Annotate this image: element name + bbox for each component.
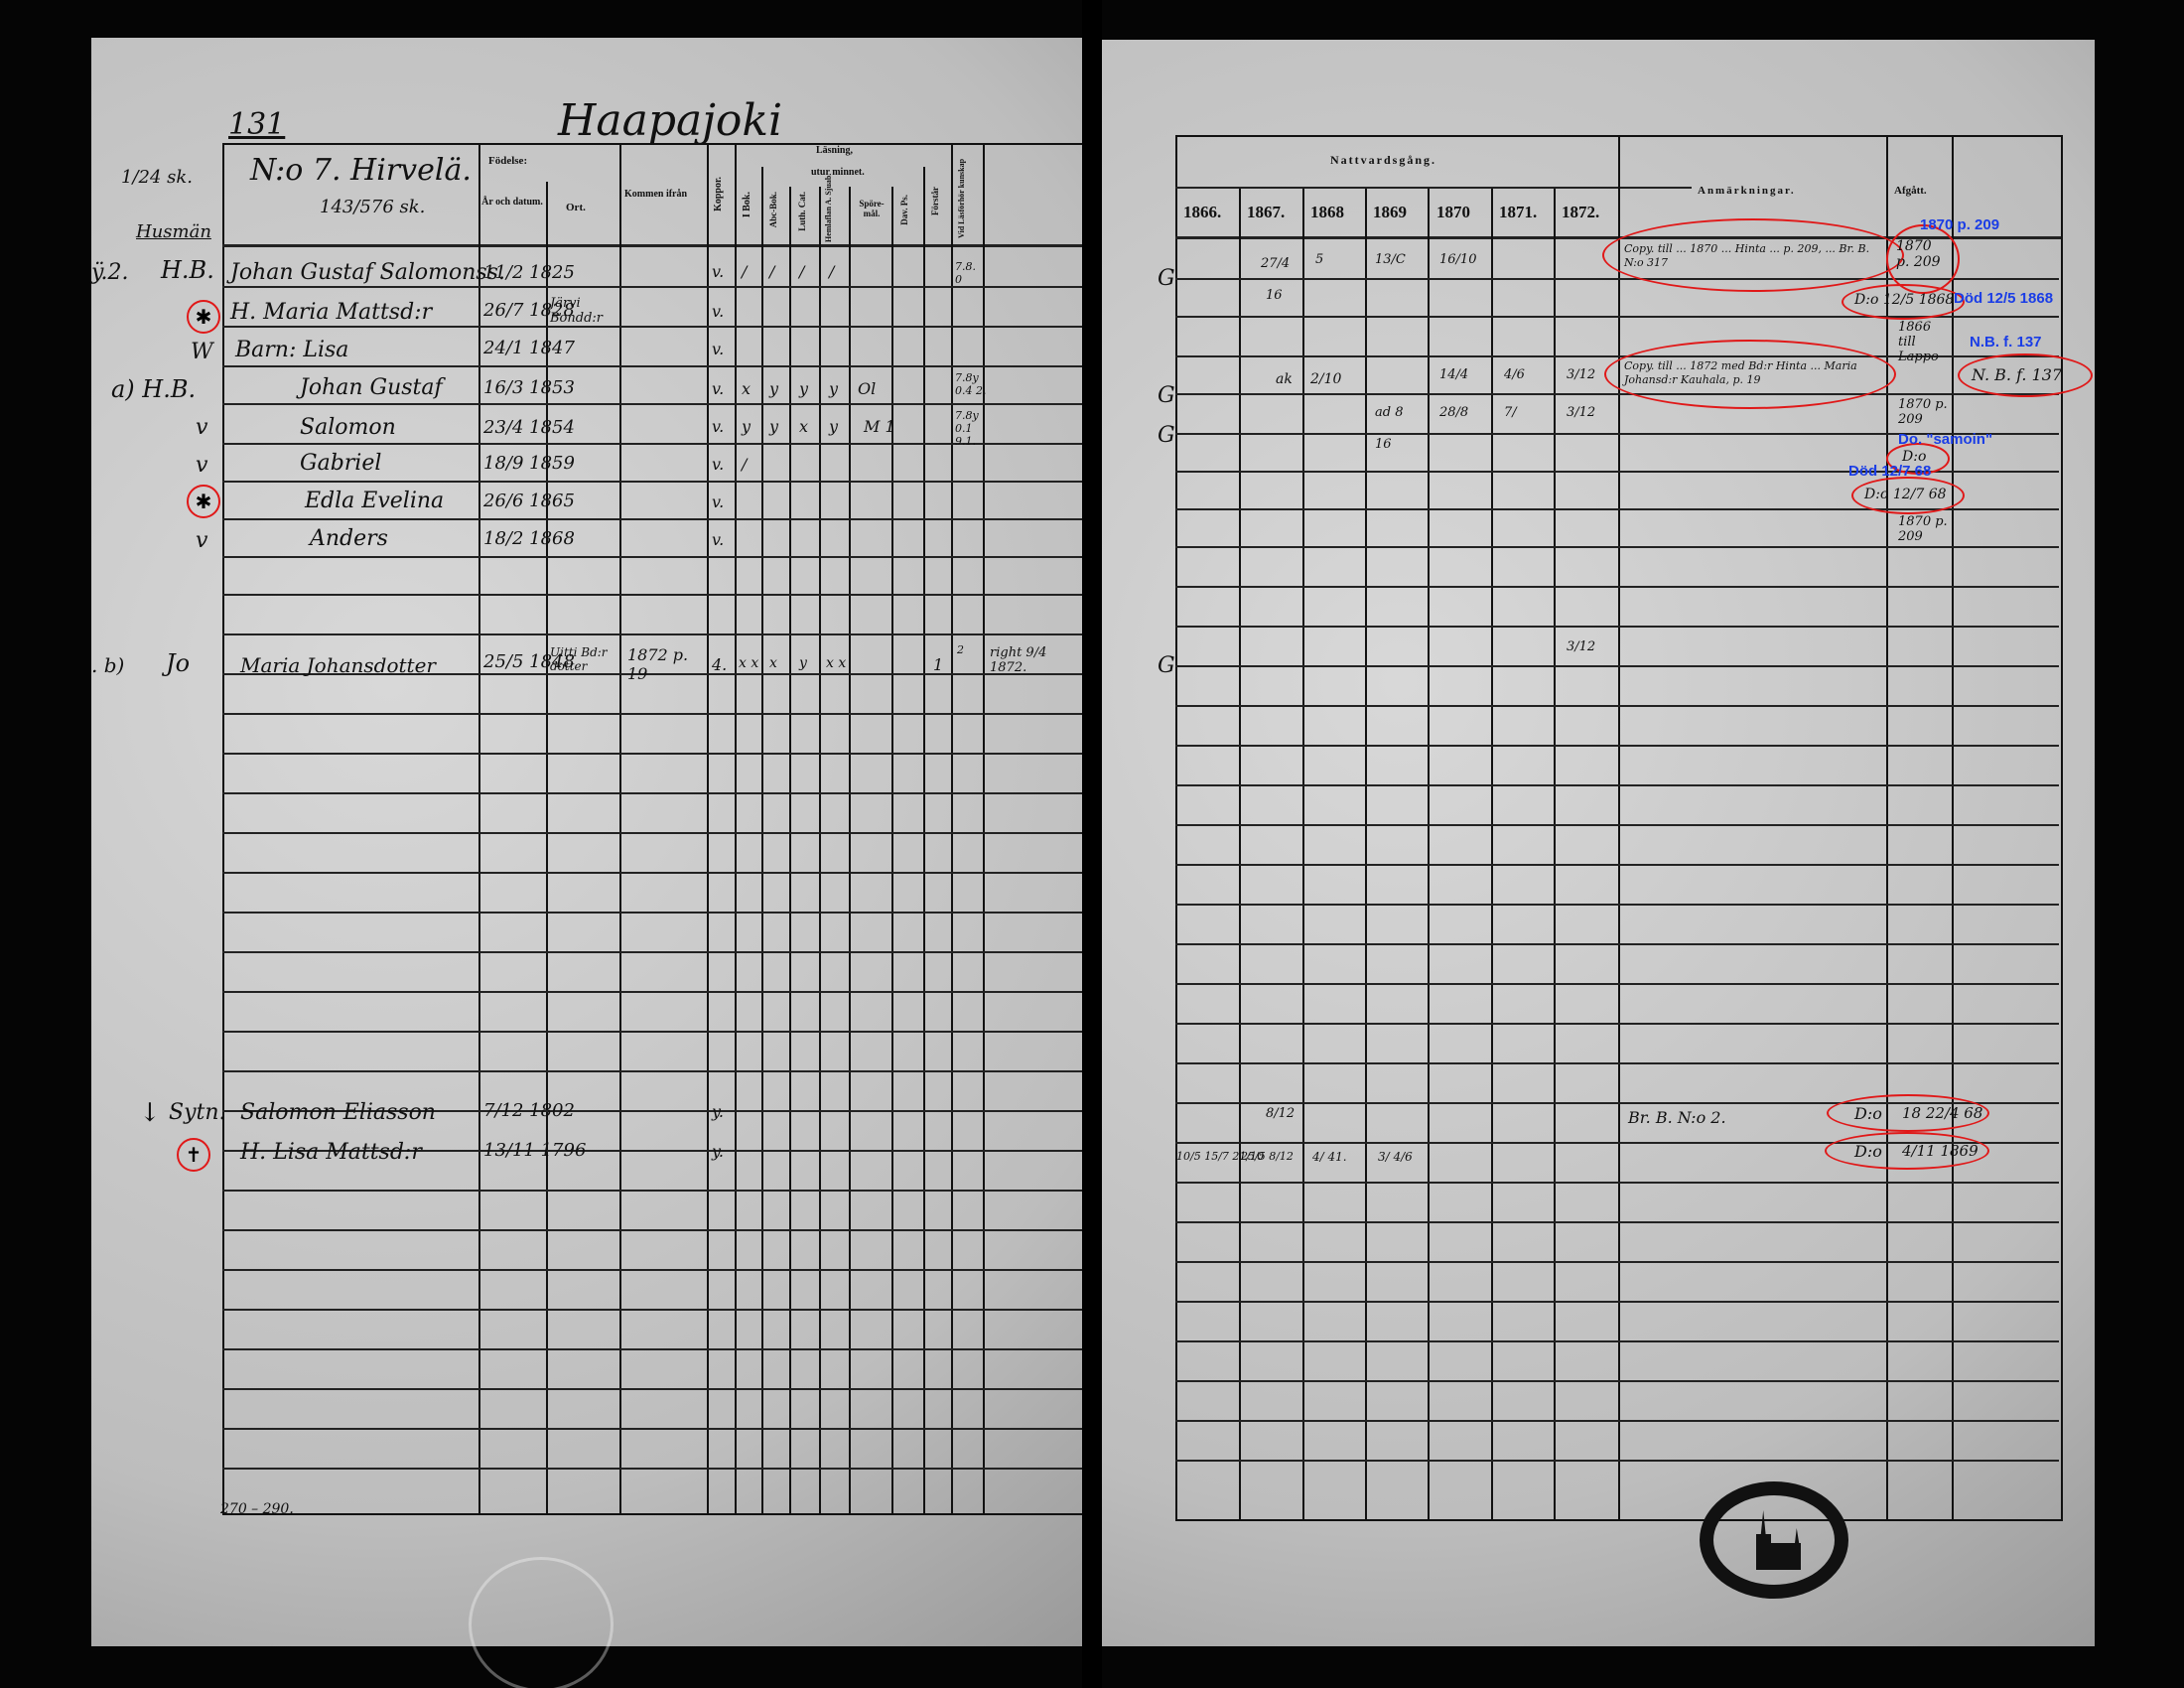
row-line — [222, 1070, 1082, 1072]
row-line — [222, 481, 1082, 483]
communion-entry: 13/C — [1375, 252, 1406, 267]
row-role: H.B. — [161, 256, 214, 284]
row-line — [1175, 983, 2059, 985]
reading-mark: / — [742, 455, 747, 474]
annotation-ellipse — [1851, 477, 1965, 514]
person-name: Salomon Eliasson — [240, 1100, 436, 1125]
vaccination-mark: v. — [712, 262, 724, 281]
annotation-note: N.B. f. 137 — [1970, 334, 2042, 351]
margin-mark: G — [1158, 653, 1175, 678]
row-mark: v — [196, 415, 207, 440]
row-line — [1175, 546, 2059, 548]
communion-entry: 8/12 — [1266, 1106, 1295, 1121]
communion-entry: 3/ 4/6 — [1378, 1150, 1413, 1164]
row-line — [222, 633, 1082, 635]
vaccination-mark: v. — [712, 530, 724, 549]
row-line — [222, 753, 1082, 755]
reading-mark: y — [769, 417, 778, 436]
communion-entry: 27/4 — [1261, 256, 1290, 271]
row-line — [1175, 586, 2059, 588]
vaccination-mark: y. — [712, 1142, 724, 1161]
col-understanding: Förstår — [930, 187, 940, 215]
person-name: Maria Johansdotter — [240, 653, 436, 677]
col-vaccination: Koppor. — [713, 177, 724, 211]
annotation-note: Död 12/7 68 — [1848, 463, 1931, 480]
row-line — [222, 713, 1082, 715]
col-line — [789, 187, 791, 1513]
row-line — [222, 1031, 1082, 1033]
questions-mark: M 1 — [864, 417, 895, 436]
birth-date: 24/1 1847 — [483, 338, 575, 358]
faded-stamp — [469, 1557, 614, 1688]
row-line — [1175, 1182, 2059, 1184]
tax-fraction: 143/576 sk. — [320, 197, 425, 217]
row-line — [222, 1348, 1082, 1350]
vaccination-mark: v. — [712, 379, 724, 398]
birth-date: 26/6 1865 — [483, 491, 575, 511]
came-from: 1872 p. 19 — [627, 645, 697, 683]
annotation-ellipse — [1604, 340, 1896, 409]
row-line — [222, 832, 1082, 834]
book-spine — [1082, 0, 1102, 1688]
village-title: Haapajoki — [558, 95, 782, 146]
col-line — [1302, 189, 1304, 1519]
annotation-note: Do. "samoin" — [1898, 431, 1992, 448]
communion-entry: 25/5 8/12 — [1241, 1150, 1294, 1163]
row-line — [222, 1190, 1082, 1192]
birth-date: 16/3 1853 — [483, 377, 575, 398]
col-line — [1886, 135, 1888, 1519]
row-line — [222, 1388, 1082, 1390]
birth-date: 18/9 1859 — [483, 453, 575, 474]
year-1867: 1867. — [1247, 203, 1285, 222]
col-line — [1491, 189, 1493, 1519]
remark-text: Br. B. N:o 2. — [1628, 1108, 1726, 1127]
row-line — [1175, 745, 2059, 747]
vaccination-mark: v. — [712, 455, 724, 474]
row-line — [222, 518, 1082, 520]
annotation-ellipse — [1827, 1094, 1989, 1132]
communion-entry: 16 — [1375, 437, 1392, 452]
footer-note: 270 – 290. — [220, 1501, 294, 1517]
reading-mark: y — [829, 379, 838, 398]
row-line — [1175, 393, 2059, 395]
row-line — [1175, 1261, 2059, 1263]
vaccination-mark: y. — [712, 1102, 724, 1121]
row-mark: ÿ.2. — [91, 260, 129, 285]
left-page: 131 Haapajoki 1/24 sk. Husmän N:o 7. Hir… — [91, 38, 1082, 1646]
vaccination-mark: 4. — [712, 655, 727, 674]
communion-entry: 28/8 — [1439, 405, 1468, 420]
person-name: Gabriel — [300, 451, 381, 476]
row-mark: a) H.B. — [111, 375, 196, 403]
communion-entry: 4/ 41. — [1312, 1150, 1347, 1164]
col-birth-year: År och datum. — [481, 197, 543, 208]
col-line — [1618, 135, 1620, 1519]
annotation-ellipse — [1602, 218, 1904, 292]
communion-entry: 4/6 — [1504, 367, 1525, 382]
row-line — [222, 872, 1082, 874]
row-role: Sytn. — [169, 1100, 226, 1125]
col-line — [1365, 189, 1367, 1519]
communion-entry: ad 8 — [1375, 405, 1403, 420]
row-line — [1175, 864, 2059, 866]
col-birth-place: Ort. — [566, 202, 586, 213]
col-communion-group: Nattvardsgång. — [1330, 153, 1436, 168]
communion-entry: 2/10 — [1310, 371, 1341, 387]
understands-mark: 1 — [933, 655, 943, 674]
church-icon — [1744, 1510, 1804, 1570]
birth-date: 18/2 1868 — [483, 528, 575, 549]
col-line — [1554, 189, 1556, 1519]
knowledge-note: 7.8y 0.1 9.1. — [955, 409, 985, 448]
col-line — [761, 167, 763, 1513]
reading-mark: / — [829, 262, 834, 281]
row-line — [1175, 824, 2059, 826]
col-line — [849, 187, 851, 1513]
row-line — [1175, 904, 2059, 906]
reading-mark: y — [799, 655, 807, 671]
margin-fraction: 1/24 sk. — [121, 167, 193, 188]
row-line — [1175, 943, 2059, 945]
communion-entry: 5 — [1315, 252, 1323, 267]
birth-date: 23/4 1854 — [483, 417, 575, 438]
side-note: right 9/4 1872. — [990, 645, 1069, 675]
col-line — [478, 143, 480, 1513]
communion-entry: 3/12 — [1567, 405, 1595, 420]
communion-entry: 16/10 — [1439, 252, 1476, 267]
reading-mark: / — [769, 262, 774, 281]
row-mark: . b) — [91, 653, 124, 677]
reading-mark: x x — [739, 655, 758, 671]
row-line — [222, 556, 1082, 558]
col-line — [1428, 189, 1430, 1519]
row-line — [222, 1468, 1082, 1470]
col-by-heart: utur minnet. — [811, 167, 865, 178]
annotation-note: 1870 p. 209 — [1920, 216, 1999, 233]
knowledge-note: 7.8. 0 — [955, 260, 983, 286]
col-questions: Spöre-mål. — [854, 199, 889, 218]
col-communion-knowledge: Vid Läsförhör kunskap — [957, 149, 966, 238]
row-line — [222, 991, 1082, 993]
cross-icon: ✝ — [177, 1138, 210, 1172]
vaccination-mark: v. — [712, 302, 724, 321]
reading-mark: / — [799, 262, 804, 281]
knowledge-note: 2 — [957, 643, 964, 656]
reading-mark: y — [742, 417, 751, 436]
row-line — [1175, 1062, 2059, 1064]
person-name: H. Lisa Mattsd:r — [240, 1140, 422, 1165]
col-came-from: Kommen ifrån — [624, 189, 687, 200]
communion-entry: 3/12 — [1567, 367, 1595, 382]
col-dav-ps: Dav. Ps. — [899, 195, 909, 225]
col-reading-group: Läsning, — [816, 145, 853, 156]
row-line — [1175, 1340, 2059, 1342]
row-line — [1175, 705, 2059, 707]
departed-entry: 1866 till Lappo — [1898, 320, 1948, 364]
communion-entry: 16 — [1266, 288, 1283, 303]
reading-mark: x x — [826, 655, 846, 671]
reading-mark: y — [829, 417, 838, 436]
header-divider — [222, 244, 1086, 247]
person-name: Johan Gustaf — [300, 375, 443, 400]
annotation-ellipse — [1842, 284, 1965, 320]
birth-date: 7/12 1802 — [483, 1100, 575, 1121]
questions-mark: Ol — [858, 379, 876, 398]
reading-mark: y — [769, 379, 778, 398]
col-line — [1239, 189, 1241, 1519]
annotation-ellipse — [1958, 353, 2093, 397]
birth-place: Järvi Bondd:r — [550, 296, 615, 326]
asterisk-icon: ✱ — [187, 300, 220, 334]
person-name: Barn: Lisa — [235, 338, 348, 362]
vaccination-mark: v. — [712, 340, 724, 358]
person-name: Anders — [310, 526, 388, 551]
header-divider — [1175, 187, 1692, 189]
row-line — [1175, 665, 2059, 667]
household-label: Husmän — [136, 221, 211, 242]
birth-date: 11/2 1825 — [483, 262, 575, 283]
year-1869: 1869 — [1373, 203, 1407, 222]
reading-mark: x — [769, 655, 777, 671]
col-line — [891, 187, 893, 1513]
row-line — [1175, 1023, 2059, 1025]
row-line — [1175, 1221, 2059, 1223]
margin-mark: G — [1158, 266, 1175, 291]
year-1868: 1868 — [1310, 203, 1344, 222]
margin-mark: G — [1158, 383, 1175, 408]
vaccination-mark: v. — [712, 417, 724, 436]
row-line — [1175, 626, 2059, 628]
vaccination-mark: v. — [712, 492, 724, 511]
farm-heading: N:o 7. Hirvelä. — [250, 153, 472, 188]
year-1871: 1871. — [1499, 203, 1537, 222]
col-abc: Abc-Bok. — [768, 192, 778, 227]
communion-entry: 3/12 — [1567, 639, 1595, 654]
col-line — [735, 143, 737, 1513]
row-line — [222, 792, 1082, 794]
col-line — [819, 187, 821, 1513]
person-name: Salomon — [300, 415, 396, 440]
col-catechism: Luth. Cat. — [797, 192, 807, 231]
col-line — [619, 143, 621, 1513]
col-hymns: Hemlaflan A. Sjuab. — [824, 189, 833, 242]
communion-entry: 14/4 — [1439, 367, 1468, 382]
reading-mark: / — [742, 262, 747, 281]
col-line — [951, 143, 953, 1513]
birth-date: 13/11 1796 — [483, 1140, 586, 1161]
row-line — [1175, 1420, 2059, 1422]
person-name: Edla Evelina — [305, 489, 444, 513]
year-1872: 1872. — [1562, 203, 1599, 222]
person-name: Johan Gustaf Salomonss. — [230, 260, 505, 285]
communion-entry: ak — [1276, 371, 1293, 387]
col-line — [1952, 135, 1954, 1519]
year-1866: 1866. — [1183, 203, 1221, 222]
departed-entry: 1870 p. 209 — [1898, 514, 1948, 544]
row-line — [1175, 1301, 2059, 1303]
row-line — [222, 1428, 1082, 1430]
reading-mark: y — [799, 379, 808, 398]
row-line — [1175, 1460, 2059, 1462]
row-line — [222, 403, 1082, 405]
asterisk-icon: ✱ — [187, 485, 220, 518]
row-line — [222, 286, 1082, 288]
row-mark: W — [191, 340, 213, 364]
year-1870: 1870 — [1436, 203, 1470, 222]
col-line — [923, 167, 925, 1513]
row-line — [222, 912, 1082, 914]
annotation-ellipse — [1825, 1132, 1989, 1170]
row-mark: v — [196, 453, 207, 478]
row-line — [222, 1229, 1082, 1231]
row-line — [222, 443, 1082, 445]
col-line — [983, 143, 985, 1513]
annotation-note: Död 12/5 1868 — [1954, 290, 2053, 307]
right-page: Nattvardsgång. 1866. 1867. 1868 1869 187… — [1102, 40, 2095, 1646]
person-name: H. Maria Mattsd:r — [230, 300, 432, 325]
birth-place: Uitti Bd:r dotter — [550, 645, 615, 673]
col-departed: Afgått. — [1894, 185, 1927, 197]
col-in-book: I Bok. — [742, 192, 752, 217]
col-remarks: Anmärkningar. — [1698, 185, 1796, 197]
parish-seal-stamp — [1700, 1481, 1848, 1599]
row-line — [222, 1309, 1082, 1311]
row-line — [222, 1269, 1082, 1271]
reading-mark: x — [799, 417, 808, 436]
communion-entry: 7/ — [1504, 405, 1517, 420]
margin-mark: G — [1158, 423, 1175, 448]
row-line — [222, 951, 1082, 953]
row-role: Jo — [166, 649, 190, 677]
row-line — [222, 365, 1082, 367]
departed-entry: 1870 p. 209 — [1898, 397, 1948, 427]
row-line — [222, 326, 1082, 328]
col-line — [707, 143, 709, 1513]
page-number: 131 — [228, 107, 285, 142]
arrow-down-icon: ↓ — [139, 1098, 161, 1128]
row-line — [222, 594, 1082, 596]
knowledge-note: 7.8y 0.4 2. — [955, 371, 995, 397]
row-mark: v — [196, 528, 207, 553]
col-birth-group: Födelse: — [488, 155, 527, 167]
reading-mark: x — [742, 379, 751, 398]
row-line — [1175, 1380, 2059, 1382]
row-line — [1175, 784, 2059, 786]
